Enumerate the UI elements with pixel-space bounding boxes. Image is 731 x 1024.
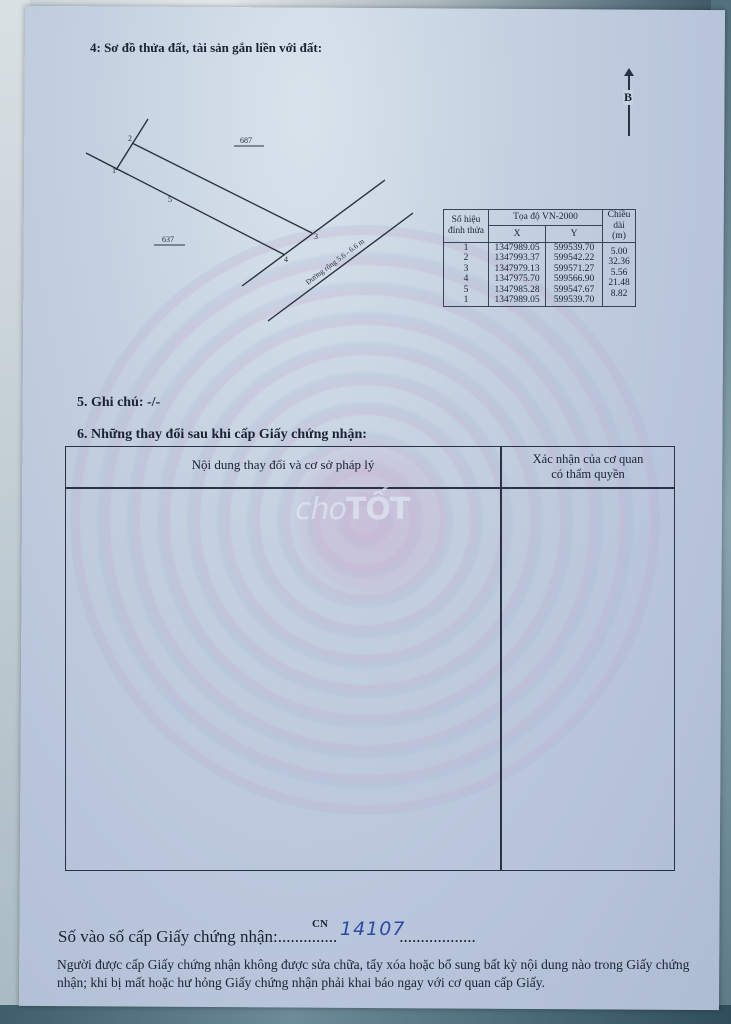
- header-point-id: Số hiệu đỉnh thửa: [444, 210, 489, 243]
- section5-notes: 5. Ghi chú: -/-: [77, 395, 160, 411]
- north-arrow-icon: [628, 74, 630, 136]
- header-divider: [66, 487, 674, 489]
- section4-title: 4: Sơ đồ thửa đất, tài sản gắn liền với …: [90, 40, 322, 56]
- registration-number-line: Số vào số cấp Giấy chứng nhận:..........…: [58, 927, 476, 947]
- north-label: B: [623, 90, 633, 105]
- parcel-sketch: 2 1 5 3 4 687 637 Đường rộng 5.6 - 6.6 m: [80, 110, 420, 330]
- table-row: 1 1347989.05 599539.70 5.00 32.36 5.56 2…: [444, 242, 636, 253]
- header-x: X: [489, 226, 546, 242]
- header-y: Y: [546, 226, 603, 242]
- vertex-label-3: 3: [314, 232, 318, 241]
- vertex-label-5: 5: [168, 195, 172, 204]
- header-change-content: Nội dung thay đổi và cơ sở pháp lý: [66, 457, 500, 473]
- registration-prefix: CN: [312, 918, 328, 930]
- coordinate-table: Số hiệu đỉnh thửa Tọa độ VN-2000 Chiều d…: [443, 209, 636, 307]
- vertex-label-2: 2: [128, 134, 132, 143]
- lengths-cell: 5.00 32.36 5.56 21.48 8.82: [603, 242, 636, 306]
- header-length: Chiều dài (m): [603, 210, 636, 243]
- footer-warning-note: Người được cấp Giấy chứng nhận không đượ…: [57, 956, 697, 992]
- column-divider: [500, 447, 502, 870]
- road-label: Đường rộng 5.6 - 6.6 m: [304, 236, 366, 286]
- section6-title: 6. Những thay đổi sau khi cấp Giấy chứng…: [77, 427, 367, 443]
- neighbor-parcel-687: 687: [240, 136, 252, 145]
- vertex-label-1: 1: [112, 166, 116, 175]
- registration-label: Số vào số cấp Giấy chứng nhận:: [58, 927, 278, 946]
- registration-number: 14107: [340, 918, 405, 940]
- vertex-label-4: 4: [284, 255, 288, 264]
- header-coord-system: Tọa độ VN-2000: [489, 210, 603, 226]
- neighbor-parcel-637: 637: [162, 235, 174, 244]
- chotot-watermark: choTỐT: [295, 492, 409, 527]
- header-authority-confirmation: Xác nhận của cơ quan có thẩm quyền: [502, 452, 674, 482]
